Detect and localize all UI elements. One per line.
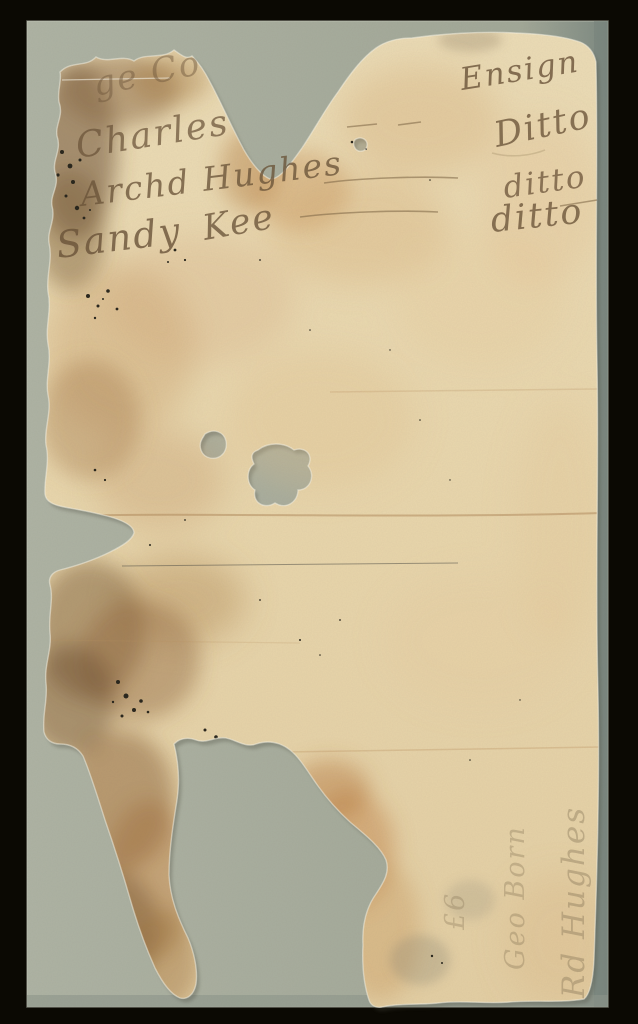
- scanned-document: ge Co Charles Archd Hughes Sandy Kee Ens…: [0, 0, 638, 1024]
- manuscript-scan: ge Co Charles Archd Hughes Sandy Kee Ens…: [0, 0, 638, 1024]
- paper-grain-texture: [27, 21, 608, 1007]
